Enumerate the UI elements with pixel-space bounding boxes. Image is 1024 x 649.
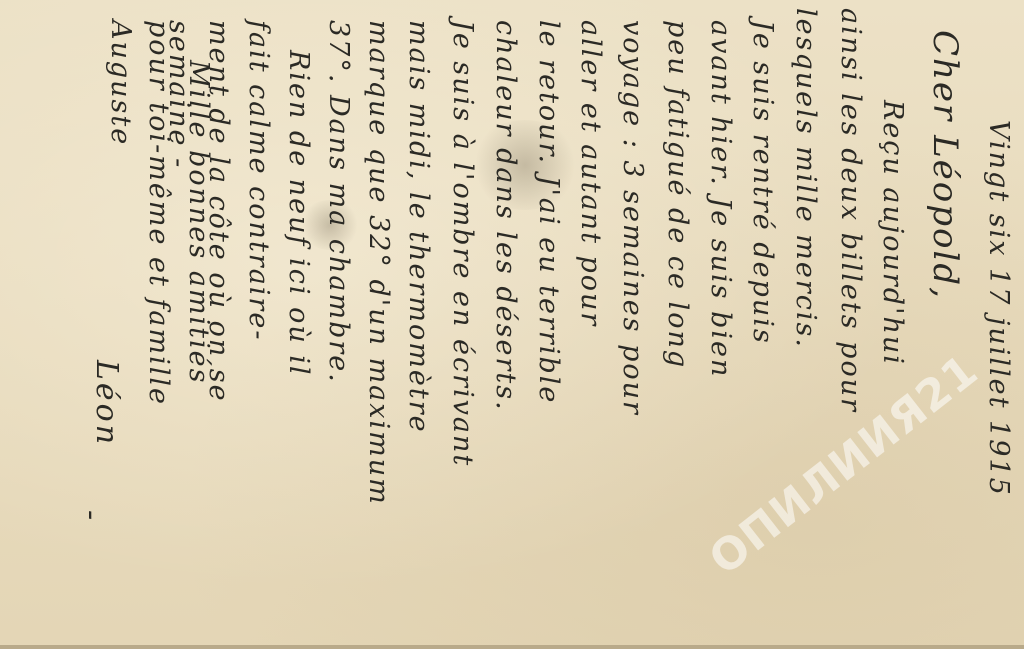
body-line: le retour. J'ai eu terrible <box>535 20 562 404</box>
body-line: Mille bonnes amitiés <box>185 60 212 385</box>
body-line: ainsi les deux billets pour <box>837 8 864 413</box>
body-line: 37°. Dans ma chambre. <box>325 20 352 384</box>
body-line: fait calme contraire- <box>245 20 272 341</box>
body-line: Rien de neuf ici où il <box>285 50 312 377</box>
body-line: peu fatigué de ce long <box>664 20 691 369</box>
body-line: voyage : 3 semaines pour <box>619 20 646 416</box>
body-line: lesquels mille mercis. <box>792 8 819 349</box>
handwritten-text-area: Vingt six 17 juillet 1915 Cher Léopold, … <box>0 0 1024 649</box>
body-line: aller et autant pour <box>577 20 604 327</box>
body-line: pour toi-même et famille <box>145 20 172 406</box>
closing-mark: - <box>74 510 109 523</box>
body-line: chaleur dans les déserts. <box>492 20 519 412</box>
date-line: Vingt six 17 juillet 1915 <box>985 120 1012 497</box>
body-line: Reçu aujourd'hui <box>879 100 906 366</box>
body-line: Je suis à l'ombre en écrivant <box>449 20 476 467</box>
body-line: mais midi, le thermomètre <box>405 20 432 434</box>
postcard: Vingt six 17 juillet 1915 Cher Léopold, … <box>0 0 1024 649</box>
body-line: Auguste <box>107 20 134 146</box>
signature: Léon <box>89 360 124 447</box>
body-line: Je suis rentré depuis <box>749 20 776 345</box>
body-line: avant hier. Je suis bien <box>707 20 734 378</box>
body-line: marque que 32° d'un maximum <box>365 20 392 506</box>
salutation: Cher Léopold, <box>928 30 962 300</box>
